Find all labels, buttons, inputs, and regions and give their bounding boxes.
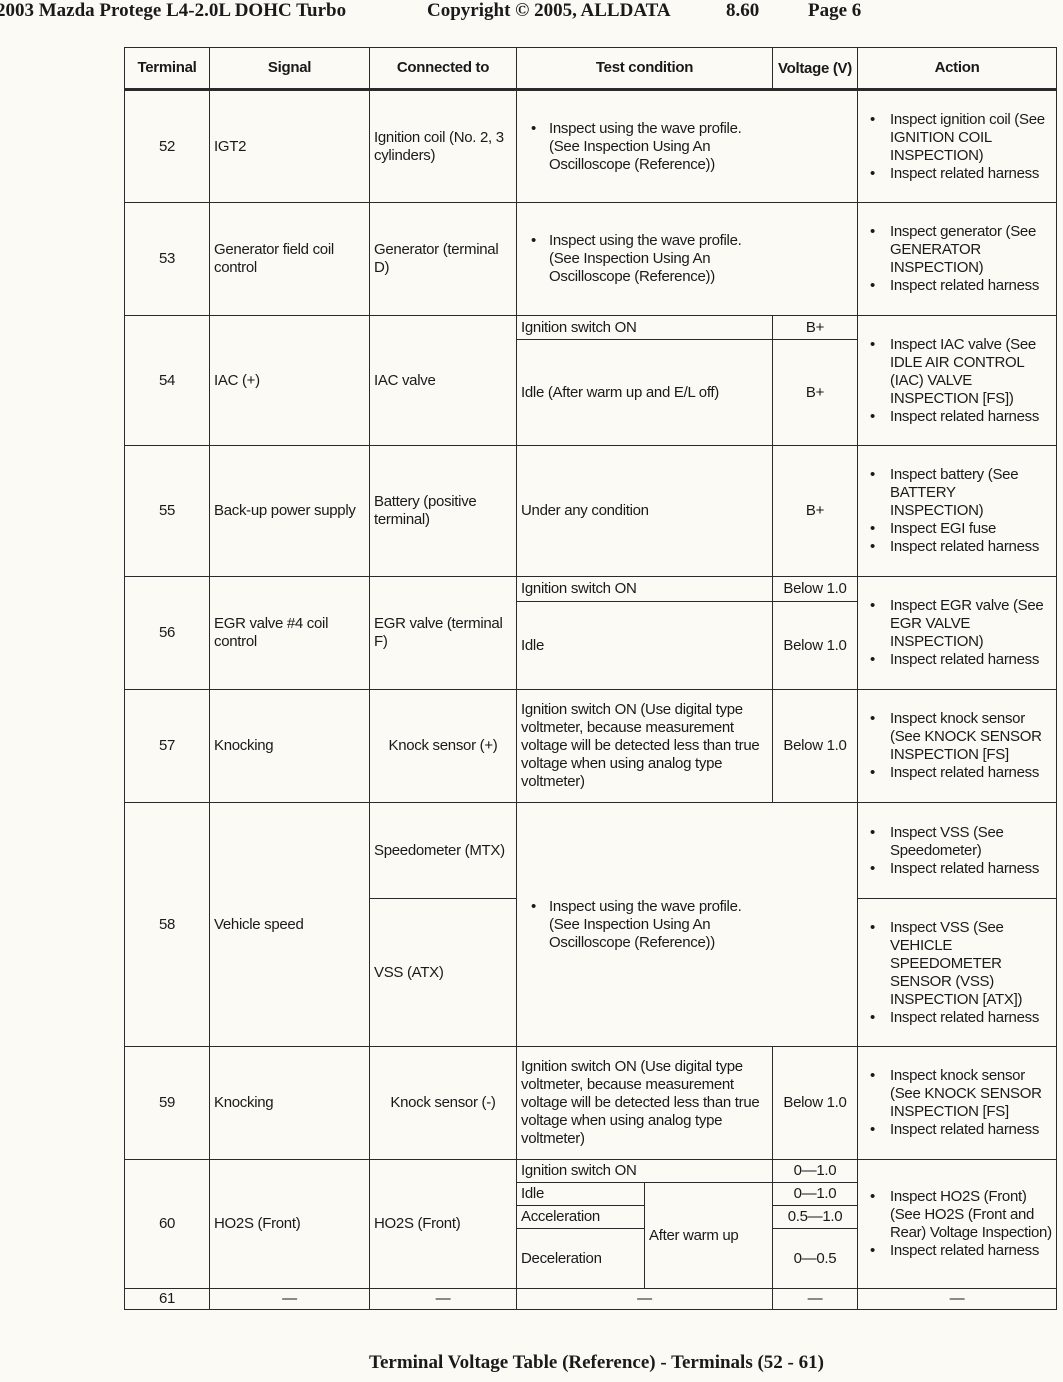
signal-cell: IAC (+) (210, 316, 370, 446)
signal-cell: EGR valve #4 coil control (210, 577, 370, 690)
connected-cell: IAC valve (370, 316, 517, 446)
table-row: 58 Vehicle speed Speedometer (MTX) Inspe… (125, 803, 1057, 899)
condition-cell: Idle (517, 602, 773, 690)
condition-cell: Ignition switch ON (Use digital type vol… (517, 1047, 773, 1160)
test-condition-cell: Inspect using the wave profile.(See Insp… (517, 90, 858, 203)
condition-cell: Under any condition (517, 446, 773, 577)
copyright: Copyright © 2005, ALLDATA (427, 0, 671, 22)
voltage-cell: 0.5—1.0 (773, 1206, 858, 1229)
signal-cell: Vehicle speed (210, 803, 370, 1047)
connected-cell: Knock sensor (+) (370, 690, 517, 803)
condition-cell: Deceleration (517, 1229, 645, 1289)
connected-cell: Ignition coil (No. 2, 3 cylinders) (370, 90, 517, 203)
action-cell: Inspect VSS (See VEHICLE SPEEDOMETER SEN… (858, 899, 1057, 1047)
terminal-cell: 61 (125, 1289, 210, 1310)
connected-cell: Generator (terminal D) (370, 203, 517, 316)
terminal-cell: 52 (125, 90, 210, 203)
col-action: Action (858, 48, 1057, 90)
warm-up-cell: After warm up (645, 1183, 773, 1289)
terminal-cell: 53 (125, 203, 210, 316)
test-condition-cell: Inspect using the wave profile.(See Insp… (517, 203, 858, 316)
signal-cell: Knocking (210, 1047, 370, 1160)
action-cell: Inspect battery (See BATTERY INSPECTION)… (858, 446, 1057, 577)
voltage-cell: B+ (773, 340, 858, 446)
condition-cell: Idle (After warm up and E/L off) (517, 340, 773, 446)
signal-cell: IGT2 (210, 90, 370, 203)
connected-cell: HO2S (Front) (370, 1160, 517, 1289)
connected-cell: — (370, 1289, 517, 1310)
condition-cell: — (517, 1289, 773, 1310)
action-cell: Inspect knock sensor (See KNOCK SENSOR I… (858, 1047, 1057, 1160)
terminal-voltage-table: Terminal Signal Connected to Test condit… (124, 47, 1057, 1310)
voltage-cell: Below 1.0 (773, 577, 858, 602)
connected-cell: Speedometer (MTX) (370, 803, 517, 899)
test-condition-cell: Inspect using the wave profile.(See Insp… (517, 803, 858, 1047)
table-row: 59 Knocking Knock sensor (-) Ignition sw… (125, 1047, 1057, 1160)
action-cell: Inspect ignition coil (See IGNITION COIL… (858, 90, 1057, 203)
condition-cell: Ignition switch ON (517, 1160, 773, 1183)
connected-cell: EGR valve (terminal F) (370, 577, 517, 690)
condition-cell: Ignition switch ON (517, 577, 773, 602)
page-header: 2003 Mazda Protege L4-2.0L DOHC Turbo Co… (0, 0, 900, 26)
table-row: 56 EGR valve #4 coil control EGR valve (… (125, 577, 1057, 602)
col-signal: Signal (210, 48, 370, 90)
table-caption: Terminal Voltage Table (Reference) - Ter… (0, 1352, 1063, 1374)
signal-cell: Back-up power supply (210, 446, 370, 577)
terminal-cell: 60 (125, 1160, 210, 1289)
terminal-cell: 59 (125, 1047, 210, 1160)
action-cell: Inspect VSS (See Speedometer) Inspect re… (858, 803, 1057, 899)
action-cell: Inspect IAC valve (See IDLE AIR CONTROL … (858, 316, 1057, 446)
voltage-cell: — (773, 1289, 858, 1310)
action-cell: Inspect knock sensor (See KNOCK SENSOR I… (858, 690, 1057, 803)
signal-cell: Knocking (210, 690, 370, 803)
condition-cell: Acceleration (517, 1206, 645, 1229)
voltage-cell: 0—1.0 (773, 1183, 858, 1206)
voltage-cell: Below 1.0 (773, 690, 858, 803)
signal-cell: Generator field coil control (210, 203, 370, 316)
voltage-cell: B+ (773, 446, 858, 577)
document-title: 2003 Mazda Protege L4-2.0L DOHC Turbo (0, 0, 346, 22)
terminal-cell: 54 (125, 316, 210, 446)
voltage-cell: 0—0.5 (773, 1229, 858, 1289)
table-row: 55 Back-up power supply Battery (positiv… (125, 446, 1057, 577)
table-row: 52 IGT2 Ignition coil (No. 2, 3 cylinder… (125, 90, 1057, 203)
voltage-cell: B+ (773, 316, 858, 340)
action-cell: Inspect generator (See GENERATOR INSPECT… (858, 203, 1057, 316)
condition-cell: Idle (517, 1183, 645, 1206)
table-row: 57 Knocking Knock sensor (+) Ignition sw… (125, 690, 1057, 803)
table-header-row: Terminal Signal Connected to Test condit… (125, 48, 1057, 90)
condition-cell: Ignition switch ON (517, 316, 773, 340)
version: 8.60 (726, 0, 759, 22)
action-cell: — (858, 1289, 1057, 1310)
connected-cell: Battery (positive terminal) (370, 446, 517, 577)
terminal-cell: 55 (125, 446, 210, 577)
terminal-cell: 56 (125, 577, 210, 690)
table-row: 54 IAC (+) IAC valve Ignition switch ON … (125, 316, 1057, 340)
action-cell: Inspect EGR valve (See EGR VALVE INSPECT… (858, 577, 1057, 690)
table-row: 53 Generator field coil control Generato… (125, 203, 1057, 316)
signal-cell: — (210, 1289, 370, 1310)
page-number: Page 6 (808, 0, 861, 22)
voltage-cell: Below 1.0 (773, 602, 858, 690)
wave-note: Inspect using the wave profile.(See Insp… (549, 120, 853, 174)
col-test-condition: Test condition (517, 48, 773, 90)
voltage-cell: Below 1.0 (773, 1047, 858, 1160)
connected-cell: VSS (ATX) (370, 899, 517, 1047)
col-connected: Connected to (370, 48, 517, 90)
terminal-cell: 57 (125, 690, 210, 803)
terminal-cell: 58 (125, 803, 210, 1047)
voltage-cell: 0—1.0 (773, 1160, 858, 1183)
connected-cell: Knock sensor (-) (370, 1047, 517, 1160)
col-voltage: Voltage (V) (773, 48, 858, 90)
table-row: 61 — — — — — (125, 1289, 1057, 1310)
table-row: 60 HO2S (Front) HO2S (Front) Ignition sw… (125, 1160, 1057, 1183)
signal-cell: HO2S (Front) (210, 1160, 370, 1289)
action-cell: Inspect HO2S (Front) (See HO2S (Front an… (858, 1160, 1057, 1289)
col-terminal: Terminal (125, 48, 210, 90)
condition-cell: Ignition switch ON (Use digital type vol… (517, 690, 773, 803)
